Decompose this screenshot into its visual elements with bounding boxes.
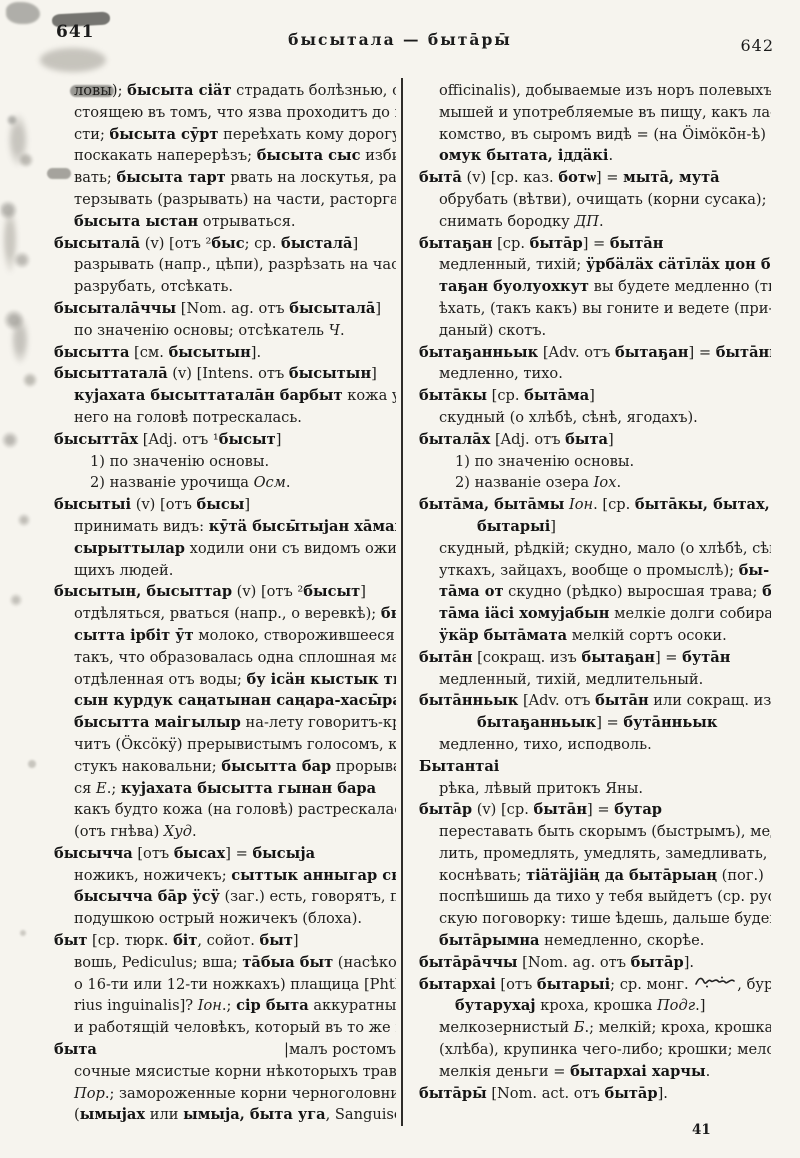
russian-text: скудный, рѣдкій; скудно, мало (о хлѣбѣ, … bbox=[439, 540, 771, 557]
text-line: щихъ людей. bbox=[54, 560, 396, 582]
russian-text: ] = bbox=[587, 801, 614, 818]
russian-text: [ср. bbox=[487, 387, 524, 404]
russian-text: вошь, Pediculus; вша; bbox=[74, 954, 242, 971]
russian-text: ] bbox=[293, 932, 299, 949]
entry-headword-line: бысытта [см. бысытын]. bbox=[54, 342, 396, 364]
russian-text: молоко, створожившееся bbox=[194, 627, 395, 644]
text-line: 2) названіе озера Іох. bbox=[419, 472, 771, 494]
yakut-text: таҕан буолуохкут bbox=[439, 278, 589, 295]
scan-artifact-smudge bbox=[40, 48, 106, 72]
text-line: скудный, рѣдкій; скудно, мало (о хлѣбѣ, … bbox=[419, 538, 771, 560]
text-line: 1) по значенію основы. bbox=[54, 451, 396, 473]
yakut-text: ымыјах bbox=[80, 1106, 145, 1123]
yakut-text: сырыттылар bbox=[74, 540, 185, 557]
scan-artifact-dot bbox=[28, 760, 36, 768]
yakut-text: бытāнньык bbox=[716, 344, 771, 361]
russian-text: .; мелкій; кроха, крошка bbox=[585, 1019, 771, 1036]
text-line: медленно, тихо, исподволь. bbox=[419, 734, 771, 756]
yakut-text: бытāр bbox=[605, 1085, 658, 1102]
russian-text: ]. bbox=[251, 344, 261, 361]
russian-text: [Adv. отъ bbox=[538, 344, 615, 361]
russian-text: изби- bbox=[361, 147, 396, 164]
text-line: бытāрымна немедленно, скорѣе. bbox=[419, 930, 771, 952]
text-line: скудный (о хлѣбѣ, сѣнѣ, ягодахъ). bbox=[419, 407, 771, 429]
russian-text: скудно (рѣдко) выросшая трава; bbox=[504, 583, 763, 600]
entry-headword-line: быталāх [Adj. отъ быта] bbox=[419, 429, 771, 451]
text-line: бытаҕанньык] = бутāнньык bbox=[419, 712, 771, 734]
russian-text: поскакать наперерѣзъ; bbox=[74, 147, 257, 164]
text-line: уткахъ, зайцахъ, вообще о промыслѣ); бы- bbox=[419, 560, 771, 582]
russian-text: . bbox=[608, 147, 613, 164]
russian-text: ] = bbox=[596, 714, 623, 731]
entry-headword-line: бысытала̄ччы [Nom. ag. отъ бысытала̄] bbox=[54, 298, 396, 320]
source-abbrev: Подг bbox=[657, 997, 695, 1014]
russian-text: , сойот. bbox=[197, 932, 259, 949]
entry-headword-line: бытаҕан [ср. бытāр] = бытāн bbox=[419, 233, 771, 255]
russian-text: ѣхать, (такъ какъ) вы гоните и ведете (п… bbox=[439, 300, 771, 317]
text-line: 2) названіе урочища Осм. bbox=[54, 472, 396, 494]
page-number-right: 642 bbox=[740, 36, 774, 55]
text-line: ловы); бысыта сіӓт страдать болѣзнью, со… bbox=[54, 80, 396, 102]
yakut-text: бытāр bbox=[419, 801, 472, 818]
text-line: стукъ наковальни; бысытта бар прорывать- bbox=[54, 756, 396, 778]
russian-text: принимать видъ: bbox=[74, 518, 209, 535]
yakut-text: быталāх bbox=[419, 431, 490, 448]
russian-text: 1) по значенію основы. bbox=[455, 453, 634, 470]
russian-text: о 16-ти или 12-ти ножкахъ) плащица [Phth… bbox=[74, 976, 396, 993]
entry-headword-line: бысытала̄ (v) [отъ ²быс; ср. быстала̄] bbox=[54, 233, 396, 255]
russian-text: обрубать (вѣтви), очищать (корни сусака)… bbox=[439, 191, 767, 208]
yakut-text: кујахата бысытта гынан бара bbox=[121, 780, 376, 797]
russian-text: [Nom. act. отъ bbox=[487, 1085, 605, 1102]
entry-headword-line: бысыттатала̄ (v) [Intens. отъ бысытын] bbox=[54, 363, 396, 385]
yakut-text: бутāн bbox=[682, 649, 730, 666]
russian-text: ] bbox=[375, 300, 381, 317]
text-line: такъ, что образовалась одна сплошная мас… bbox=[54, 647, 396, 669]
russian-text: ловы); bbox=[74, 82, 127, 99]
russian-text: мелкій сортъ осоки. bbox=[567, 627, 727, 644]
russian-text: вать; bbox=[74, 169, 117, 186]
source-abbrev: Пор bbox=[74, 1085, 105, 1102]
russian-text: лить, промедлять, умедлять, замедливать,… bbox=[439, 845, 771, 862]
russian-text: (v) [ср. каз. bbox=[462, 169, 558, 186]
yakut-text: бытархаі харчы bbox=[570, 1063, 706, 1080]
russian-text: rius inguinalis]? bbox=[74, 997, 198, 1014]
russian-text: мелкозернистый bbox=[439, 1019, 574, 1036]
russian-text: ] bbox=[550, 518, 556, 535]
yakut-text: бутарухај bbox=[455, 997, 536, 1014]
russian-text: . bbox=[340, 322, 345, 339]
russian-text: поспѣшишь да тихо у тебя выйдетъ (ср. ру… bbox=[439, 888, 771, 905]
yakut-text: кујахата бысыттатала̄н барбыт bbox=[74, 387, 343, 404]
text-line: омук бытата, іддӓкі. bbox=[419, 145, 771, 167]
text-line: сырыттылар ходили они съ видомъ ожидаю- bbox=[54, 538, 396, 560]
text-line: медленный, тихій, медлительный. bbox=[419, 669, 771, 691]
russian-text: .; bbox=[222, 997, 236, 1014]
source-abbrev: Іон bbox=[569, 496, 593, 513]
russian-text: отрываться. bbox=[198, 213, 295, 230]
yakut-text: тіӓтӓјіӓң да бытāрыаң bbox=[526, 867, 717, 884]
text-line: (отъ гнѣва) Худ. bbox=[54, 821, 396, 843]
yakut-text: бысытын bbox=[289, 365, 371, 382]
yakut-text: бытāн bbox=[610, 235, 664, 252]
russian-text: читъ (Ӧксӧкӱ) прерывистымъ голосомъ, как… bbox=[74, 736, 396, 753]
source-abbrev: Е bbox=[96, 780, 107, 797]
yakut-text: бытāн bbox=[533, 801, 587, 818]
text-line: отдѣляться, рваться (напр., о веревкѣ); … bbox=[54, 603, 396, 625]
yakut-text: бытаҕан bbox=[581, 649, 654, 666]
russian-text: 2) названіе урочища bbox=[90, 474, 254, 491]
russian-text: разрывать (напр., цѣпи), разрѣзать на ча… bbox=[74, 256, 396, 273]
yakut-text: бысытала̄ bbox=[289, 300, 375, 317]
text-line: вать; бысыта тарт рвать на лоскутья, рас… bbox=[54, 167, 396, 189]
russian-text: (v) [Intens. отъ bbox=[168, 365, 289, 382]
russian-text: (v) [отъ ² bbox=[232, 583, 303, 600]
russian-text: [ср. тюрк. bbox=[87, 932, 173, 949]
yakut-text: быстала̄ bbox=[281, 235, 353, 252]
text-line: сытта ірбіт ӯт молоко, створожившееся bbox=[54, 625, 396, 647]
russian-text: . [ср. bbox=[593, 496, 635, 513]
scan-artifact-corner bbox=[6, 2, 40, 24]
russian-text: [Adj. отъ ¹ bbox=[138, 431, 219, 448]
yakut-text: бысытын, бысыттар bbox=[54, 583, 232, 600]
text-line: и работящій человѣкъ, который въ то же в… bbox=[54, 1017, 396, 1039]
yakut-text: бысыја bbox=[252, 845, 315, 862]
russian-text: медленный, тихій, медлительный. bbox=[439, 671, 703, 688]
russian-text: (хлѣба), крупинка чего-либо; крошки; мел… bbox=[439, 1041, 771, 1058]
russian-text: ] bbox=[360, 583, 366, 600]
russian-text: стукъ наковальни; bbox=[74, 758, 221, 775]
yakut-text: бытā bbox=[419, 169, 462, 186]
yakut-text: ымыја, быта уга bbox=[183, 1106, 326, 1123]
entry-headword-line: Бытантаі bbox=[419, 756, 771, 778]
russian-text: разрубать, отсѣкать. bbox=[74, 278, 233, 295]
text-line: рѣка, лѣвый притокъ Яны. bbox=[419, 778, 771, 800]
yakut-text: бытāн bbox=[419, 649, 473, 666]
text-line: Пор.; замороженные корни черноголовника bbox=[54, 1083, 396, 1105]
entry-headword-line: бытāры̄ [Nom. act. отъ бытāр]. bbox=[419, 1083, 771, 1105]
russian-text: ] = bbox=[688, 344, 715, 361]
russian-text: |малъ ростомъ bbox=[284, 1039, 396, 1061]
text-line: мелкозернистый Б.; мелкій; кроха, крошка bbox=[419, 1017, 771, 1039]
russian-text: даный) скотъ. bbox=[439, 322, 546, 339]
text-line: 1) по значенію основы. bbox=[419, 451, 771, 473]
russian-text: медленно, тихо, исподволь. bbox=[439, 736, 652, 753]
russian-text: . bbox=[599, 213, 604, 230]
yakut-text: бытархаі bbox=[419, 976, 496, 993]
russian-text: . bbox=[616, 474, 621, 491]
russian-text: [Nom. ag. отъ bbox=[176, 300, 289, 317]
russian-text: уткахъ, зайцахъ, вообще о промыслѣ); bbox=[439, 562, 739, 579]
russian-text: аккуратный bbox=[309, 997, 396, 1014]
russian-text: , Sanguisorba bbox=[326, 1106, 396, 1123]
text-line: бысытта маігылыр на-лету говоритъ-кри- bbox=[54, 712, 396, 734]
yakut-text: бытаҕан bbox=[419, 235, 492, 252]
yakut-text: бысычча бāр ӱсӱ bbox=[74, 888, 220, 905]
russian-text: кроха, крошка bbox=[536, 997, 657, 1014]
russian-text: медленный, тихій; bbox=[439, 256, 586, 273]
russian-text: немедленно, скорѣе. bbox=[540, 932, 705, 949]
russian-text: , бур. bbox=[737, 976, 771, 993]
russian-text: сочные мясистые корни нѣкоторыхъ травъ bbox=[74, 1063, 396, 1080]
dictionary-column-left: ловы); бысыта сіӓт страдать болѣзнью, со… bbox=[54, 80, 396, 1126]
yakut-text: бысытала̄ bbox=[54, 235, 140, 252]
entry-headword-line: бысытын, бысыттар (v) [отъ ²бысыт] bbox=[54, 581, 396, 603]
russian-text: скую поговорку: тише ѣдешь, дальше будеш… bbox=[439, 910, 771, 927]
yakut-text: бытāрāччы bbox=[419, 954, 518, 971]
russian-text: щихъ людей. bbox=[74, 562, 173, 579]
text-line: поспѣшишь да тихо у тебя выйдетъ (ср. ру… bbox=[419, 886, 771, 908]
russian-text: (насѣкомое bbox=[333, 954, 396, 971]
text-line: бысыта ыстан отрываться. bbox=[54, 211, 396, 233]
source-abbrev: Худ bbox=[164, 823, 192, 840]
russian-text: . bbox=[286, 474, 291, 491]
yakut-text: бысытта маігылыр bbox=[74, 714, 241, 731]
text-line: бутарухај кроха, крошка Подг.] bbox=[419, 995, 771, 1017]
text-line: сти; бысыта сӯрт переѣхать кому дорогу, bbox=[54, 124, 396, 146]
russian-text: скудный (о хлѣбѣ, сѣнѣ, ягодахъ). bbox=[439, 409, 698, 426]
russian-text: какъ будто кожа (на головѣ) растрескалас… bbox=[74, 801, 396, 818]
yakut-text: бытарыі bbox=[537, 976, 610, 993]
yakut-text: бы- bbox=[381, 605, 396, 622]
text-line: принимать видъ: кӯтӓ бысы̄тыјан хāман bbox=[54, 516, 396, 538]
text-line: о 16-ти или 12-ти ножкахъ) плащица [Phth… bbox=[54, 974, 396, 996]
russian-text: ] = bbox=[596, 169, 623, 186]
russian-text: officinalis), добываемые изъ норъ полевы… bbox=[439, 82, 771, 99]
russian-text: коснѣвать; bbox=[439, 867, 526, 884]
russian-text: сти; bbox=[74, 126, 110, 143]
yakut-text: быс bbox=[211, 235, 244, 252]
yakut-text: бысыта сіӓт bbox=[127, 82, 231, 99]
text-line: вошь, Pediculus; вша; тāбыа быт (насѣком… bbox=[54, 952, 396, 974]
entry-headword-line: бытāнньык [Adv. отъ бытāн или сокращ. из… bbox=[419, 690, 771, 712]
text-line: бытарыі] bbox=[419, 516, 771, 538]
yakut-text: бытāнньык bbox=[419, 692, 518, 709]
text-line: сын курдук саңатынан саңара-хасы̄ра bbox=[54, 690, 396, 712]
russian-text: страдать болѣзнью, со- bbox=[232, 82, 396, 99]
russian-text: на-лету говоритъ-кри- bbox=[241, 714, 396, 731]
yakut-text: ботѡ bbox=[558, 169, 596, 186]
text-line: мелкія деньги = бытархаі харчы. bbox=[419, 1061, 771, 1083]
russian-text: по значенію основы; отсѣкатель bbox=[74, 322, 329, 339]
entry-headword-line: бытāкы [ср. бытāма] bbox=[419, 385, 771, 407]
entry-headword-line: бытархаі [отъ бытарыі; ср. монг. , бур. bbox=[419, 974, 771, 996]
text-line: снимать бородку ДП. bbox=[419, 211, 771, 233]
yakut-text: бысах bbox=[174, 845, 225, 862]
text-line: скую поговорку: тише ѣдешь, дальше будеш… bbox=[419, 908, 771, 930]
russian-text: стоящею въ томъ, что язва проходитъ до к… bbox=[74, 104, 396, 121]
yakut-text: бысычча bbox=[54, 845, 133, 862]
text-line: (ымыјах или ымыја, быта уга, Sanguisorba bbox=[54, 1104, 396, 1126]
yakut-text: бы- bbox=[739, 562, 769, 579]
russian-text: него на головѣ потрескалась. bbox=[74, 409, 302, 426]
russian-text: медленно, тихо. bbox=[439, 365, 563, 382]
russian-text: такъ, что образовалась одна сплошная мас… bbox=[74, 649, 396, 666]
yakut-text: бу ісӓн кыстык тыа- bbox=[247, 671, 397, 688]
russian-text: переѣхать кому дорогу, bbox=[218, 126, 396, 143]
text-line: таҕан буолуохкут вы будете медленно (тих… bbox=[419, 276, 771, 298]
yakut-text: бытāр bbox=[530, 235, 583, 252]
yakut-text: бысыта ыстан bbox=[74, 213, 198, 230]
yakut-text: бутар bbox=[614, 801, 662, 818]
russian-text: ] = bbox=[583, 235, 610, 252]
entry-headword-line: бытā (v) [ср. каз. ботѡ] = мытā, мутā bbox=[419, 167, 771, 189]
scan-artifact-speckle-band bbox=[0, 60, 40, 480]
yakut-text: бысы bbox=[197, 496, 245, 513]
russian-text: ] bbox=[276, 431, 282, 448]
yakut-text: бысыт bbox=[219, 431, 276, 448]
russian-text: [сокращ. изъ bbox=[473, 649, 582, 666]
yakut-text: бы- bbox=[762, 583, 771, 600]
russian-text: [Adj. отъ bbox=[490, 431, 565, 448]
yakut-text: бытāрымна bbox=[439, 932, 540, 949]
russian-text: рвать на лоскутья, рас- bbox=[226, 169, 396, 186]
text-line: отдѣленная отъ воды; бу ісӓн кыстык тыа- bbox=[54, 669, 396, 691]
yakut-text: бысыттāх bbox=[54, 431, 138, 448]
russian-text: ] bbox=[244, 496, 250, 513]
russian-text: [отъ bbox=[133, 845, 174, 862]
text-line: по значенію основы; отсѣкатель Ч. bbox=[54, 320, 396, 342]
text-line: ножикъ, ножичекъ; сыттык анныгар сыты bbox=[54, 865, 396, 887]
yakut-text: ӱрбӓлӓх сӓтīлӓх џон бы- bbox=[586, 256, 771, 273]
yakut-text: ӱкӓр бытāмата bbox=[439, 627, 567, 644]
text-line: поскакать наперерѣзъ; бысыта сыс изби- bbox=[54, 145, 396, 167]
source-abbrev: Ч bbox=[329, 322, 340, 339]
text-line: мышей и употребляемые въ пищу, какъ ла- bbox=[419, 102, 771, 124]
russian-text: [отъ bbox=[496, 976, 537, 993]
source-abbrev: Осм bbox=[254, 474, 286, 491]
russian-text: .; замороженные корни черноголовника bbox=[105, 1085, 396, 1102]
yakut-text: сір быта bbox=[236, 997, 309, 1014]
yakut-text: біт bbox=[173, 932, 197, 949]
russian-text: вы будете медленно (тихо) bbox=[589, 278, 771, 295]
russian-text: ся bbox=[74, 780, 96, 797]
entry-headword-line: бысыттāх [Adj. отъ ¹бысыт] bbox=[54, 429, 396, 451]
entry-headword-line: бытāрāччы [Nom. ag. отъ бытāр]. bbox=[419, 952, 771, 974]
source-abbrev: ДП bbox=[574, 213, 599, 230]
russian-text: (v) [отъ ² bbox=[140, 235, 211, 252]
yakut-text: бытарыі bbox=[477, 518, 550, 535]
yakut-text: тāбыа быт bbox=[242, 954, 333, 971]
entry-headword-line: бытаҕанньык [Adv. отъ бытаҕан] = бытāннь… bbox=[419, 342, 771, 364]
russian-text: терзывать (разрывать) на части, расторга… bbox=[74, 191, 396, 208]
source-abbrev: Іон bbox=[198, 997, 222, 1014]
yakut-text: бытаҕанньык bbox=[477, 714, 596, 731]
text-line: ӱкӓр бытāмата мелкій сортъ осоки. bbox=[419, 625, 771, 647]
russian-text: отдѣляться, рваться (напр., о веревкѣ); bbox=[74, 605, 381, 622]
text-line: бысычча бāр ӱсӱ (заг.) есть, говорятъ, п… bbox=[54, 886, 396, 908]
yakut-text: бытаҕанньык bbox=[419, 344, 538, 361]
russian-text: мелкіе долги собираю; bbox=[609, 605, 771, 622]
russian-text: 2) названіе озера bbox=[455, 474, 594, 491]
russian-text: . bbox=[706, 1063, 711, 1080]
entry-headword-line: бытāн [сокращ. изъ бытаҕан] = бутāн bbox=[419, 647, 771, 669]
text-line: обрубать (вѣтви), очищать (корни сусака)… bbox=[419, 189, 771, 211]
text-line: него на головѣ потрескалась. bbox=[54, 407, 396, 429]
yakut-text: сын курдук саңатынан саңара-хасы̄ра bbox=[74, 692, 396, 709]
text-line: сочные мясистые корни нѣкоторыхъ травъ bbox=[54, 1061, 396, 1083]
yakut-text: бысытта бар bbox=[221, 758, 331, 775]
russian-text: (заг.) есть, говорятъ, подъ bbox=[220, 888, 396, 905]
russian-text: ]. bbox=[658, 1085, 668, 1102]
russian-text: ] bbox=[352, 235, 358, 252]
yakut-text: быта bbox=[565, 431, 608, 448]
yakut-text: бысытын bbox=[169, 344, 251, 361]
russian-text: . bbox=[192, 823, 197, 840]
text-line: разрубать, отсѣкать. bbox=[54, 276, 396, 298]
text-line: тāма от скудно (рѣдко) выросшая трава; б… bbox=[419, 581, 771, 603]
entry-headword-line: бысытыі (v) [отъ бысы] bbox=[54, 494, 396, 516]
russian-text: отдѣленная отъ воды; bbox=[74, 671, 247, 688]
russian-text: снимать бородку bbox=[439, 213, 574, 230]
yakut-text: тāма іӓсі хомујабын bbox=[439, 605, 609, 622]
entry-headword-line: быта|малъ ростомъ bbox=[54, 1039, 396, 1061]
yakut-text: бытāн bbox=[595, 692, 649, 709]
russian-text: кожа у bbox=[343, 387, 396, 404]
yakut-text: тāма от bbox=[439, 583, 504, 600]
entry-headword-line: бысычча [отъ бысах] = бысыја bbox=[54, 843, 396, 865]
dictionary-scan-page: 641 бысытала — бытāры̄ 642 ловы); бысыта… bbox=[0, 0, 800, 1158]
russian-text: прорывать- bbox=[331, 758, 396, 775]
column-divider-rule bbox=[401, 78, 403, 1126]
russian-text: (v) [ср. bbox=[472, 801, 533, 818]
text-line: комство, въ сыромъ видѣ = (на Ӧімӧкӧ̄н-ѣ… bbox=[419, 124, 771, 146]
russian-text: ходили они съ видомъ ожидаю- bbox=[185, 540, 396, 557]
entry-headword-line: бытāр (v) [ср. бытāн] = бутар bbox=[419, 799, 771, 821]
yakut-text: бытāма bbox=[524, 387, 589, 404]
text-line: терзывать (разрывать) на части, расторга… bbox=[54, 189, 396, 211]
russian-text: ; ср. bbox=[245, 235, 281, 252]
russian-text: ]. bbox=[684, 954, 694, 971]
yakut-text: бысытта bbox=[54, 344, 129, 361]
signature-mark: 41 bbox=[692, 1122, 711, 1138]
yakut-text: бысыт bbox=[303, 583, 360, 600]
yakut-text: сытта ірбіт ӯт bbox=[74, 627, 194, 644]
yakut-text: омук бытата, іддӓкі bbox=[439, 147, 608, 164]
dictionary-column-right: officinalis), добываемые изъ норъ полевы… bbox=[419, 80, 771, 1104]
yakut-text: кӯтӓ бысы̄тыјан хāман bbox=[209, 518, 396, 535]
source-abbrev: Б bbox=[574, 1019, 585, 1036]
entry-headword-line: быт [ср. тюрк. біт, сойот. быт] bbox=[54, 930, 396, 952]
russian-text: или bbox=[145, 1106, 183, 1123]
text-line: кујахата бысыттатала̄н барбыт кожа у bbox=[54, 385, 396, 407]
yakut-text: быт bbox=[260, 932, 293, 949]
russian-text: ] = bbox=[655, 649, 682, 666]
russian-text: переставать быть скорымъ (быстрымъ), мед… bbox=[439, 823, 771, 840]
scan-artifact-speckle-band bbox=[0, 0, 52, 700]
text-line: подушкою острый ножичекъ (блоха). bbox=[54, 908, 396, 930]
russian-text: 1) по значенію основы. bbox=[90, 453, 269, 470]
russian-text: (отъ гнѣва) bbox=[74, 823, 164, 840]
text-line: rius inguinalis]? Іон.; сір быта аккурат… bbox=[54, 995, 396, 1017]
yakut-text: бысытыі bbox=[54, 496, 131, 513]
yakut-text: сыттык анныгар сыты bbox=[231, 867, 396, 884]
text-line: (хлѣба), крупинка чего-либо; крошки; мел… bbox=[419, 1039, 771, 1061]
text-line: медленный, тихій; ӱрбӓлӓх сӓтīлӓх џон бы… bbox=[419, 254, 771, 276]
text-line: читъ (Ӧксӧкӱ) прерывистымъ голосомъ, как… bbox=[54, 734, 396, 756]
russian-text: ножикъ, ножичекъ; bbox=[74, 867, 231, 884]
russian-text: ] bbox=[608, 431, 614, 448]
yakut-text: бутāнньык bbox=[623, 714, 717, 731]
yakut-text: Бытантаі bbox=[419, 758, 499, 775]
russian-text: ] bbox=[371, 365, 377, 382]
yakut-text: бысыта сӯрт bbox=[110, 126, 219, 143]
text-line: какъ будто кожа (на головѣ) растрескалас… bbox=[54, 799, 396, 821]
running-title: бысытала — бытāры̄ bbox=[0, 30, 800, 49]
russian-text: подушкою острый ножичекъ (блоха). bbox=[74, 910, 362, 927]
yakut-text: бысыта тарт bbox=[117, 169, 226, 186]
text-line: даный) скотъ. bbox=[419, 320, 771, 342]
